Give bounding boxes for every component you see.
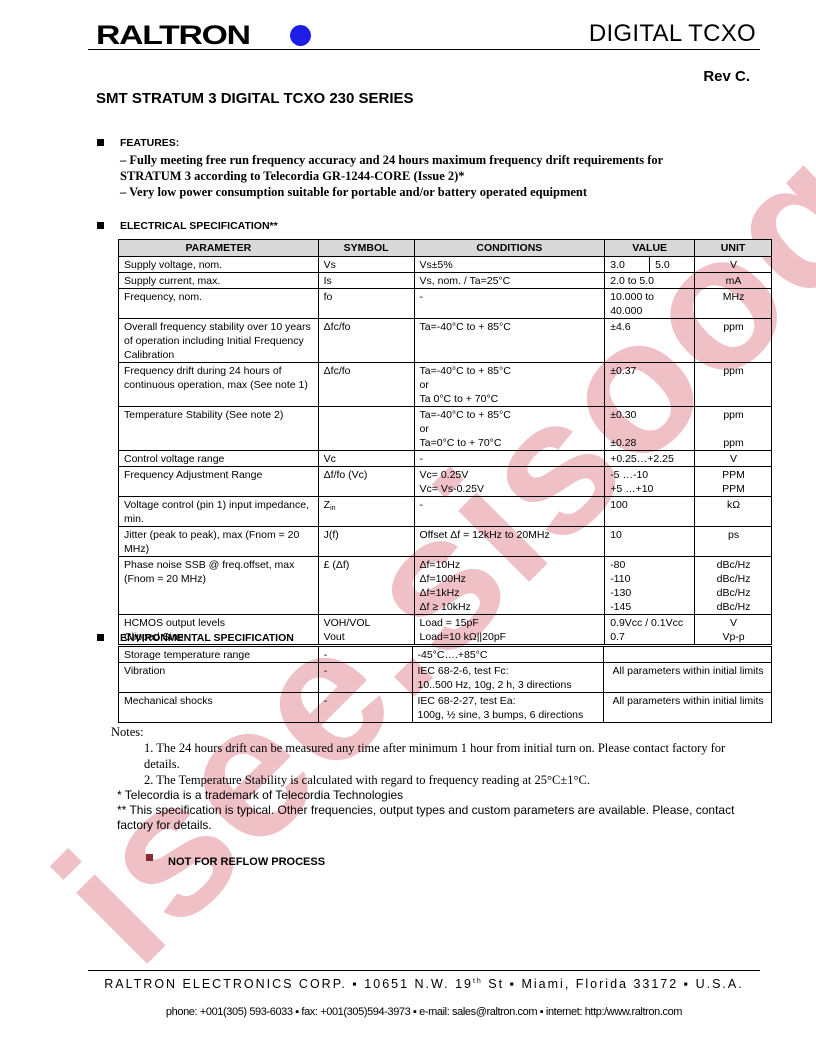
cell-parameter: Supply voltage, nom. (119, 257, 319, 273)
address-text: RALTRON ELECTRONICS CORP. ▪ 10651 N.W. 1… (104, 977, 473, 991)
footer-divider (88, 970, 760, 971)
cell-conditions: Ta=-40°C to + 85°CorTa=0°C to + 70°C (414, 407, 605, 451)
cell-symbol: - (318, 693, 412, 723)
cell-value: -80-110-130-145 (605, 557, 695, 615)
cell-value: 0.9Vcc / 0.1Vcc0.7 (605, 615, 695, 645)
table-row: Supply current, max.IsVs, nom. / Ta=25°C… (119, 273, 772, 289)
cell-value: -5 …-10+5 …+10 (605, 467, 695, 497)
environmental-heading: ENVIRONMENTAL SPECIFICATION (120, 632, 294, 644)
header-divider (88, 49, 760, 50)
cell-value: ±0.37 (605, 363, 695, 407)
environmental-spec-table: Storage temperature range--45°C….+85°CVi… (118, 646, 772, 723)
cell-symbol: VOH/VOLVout (318, 615, 414, 645)
cell-conditions: Offset Δf = 12kHz to 20MHz (414, 527, 605, 557)
table-row: Temperature Stability (See note 2)Ta=-40… (119, 407, 772, 451)
company-address: RALTRON ELECTRONICS CORP. ▪ 10651 N.W. 1… (88, 974, 760, 992)
cell-unit: mA (695, 273, 772, 289)
cell-unit: ppm ppm (695, 407, 772, 451)
cell-symbol: J(f) (318, 527, 414, 557)
table-header-row: PARAMETER SYMBOL CONDITIONS VALUE UNIT (119, 240, 772, 257)
cell-parameter: Frequency drift during 24 hours of conti… (119, 363, 319, 407)
cell-symbol: - (318, 647, 412, 663)
table-row: Control voltage rangeVc-+0.25…+2.25V (119, 451, 772, 467)
cell-symbol: Vc (318, 451, 414, 467)
cell-symbol: Δf/fo (Vc) (318, 467, 414, 497)
cell-parameter: Phase noise SSB @ freq.offset, max (Fnom… (119, 557, 319, 615)
bullet-icon (97, 139, 104, 146)
table-row: Supply voltage, nom.VsVs±5%3.05.0V (119, 257, 772, 273)
cell-conditions: - (414, 451, 605, 467)
cell-value: 10 (605, 527, 695, 557)
table-row: Phase noise SSB @ freq.offset, max (Fnom… (119, 557, 772, 615)
cell-conditions: - (414, 497, 605, 527)
cell-value: 100 (605, 497, 695, 527)
cell-unit: kΩ (695, 497, 772, 527)
cell-parameter: Voltage control (pin 1) input impedance,… (119, 497, 319, 527)
cell-value: 3.05.0 (605, 257, 695, 273)
table-row: Frequency drift during 24 hours of conti… (119, 363, 772, 407)
document-title: DIGITAL TCXO (589, 20, 756, 48)
cell-conditions: Ta=-40°C to + 85°C (414, 319, 605, 363)
bullet-icon (97, 222, 104, 229)
cell-result: All parameters within initial limits (604, 693, 772, 723)
cell-symbol (318, 407, 414, 451)
reflow-warning: NOT FOR REFLOW PROCESS (168, 856, 325, 868)
cell-conditions: Vs, nom. / Ta=25°C (414, 273, 605, 289)
feature-item: – Very low power consumption suitable fo… (120, 184, 710, 200)
cell-value: 2.0 to 5.0 (605, 273, 695, 289)
cell-unit: dBc/HzdBc/HzdBc/HzdBc/Hz (695, 557, 772, 615)
note-item: 1. The 24 hours drift can be measured an… (111, 740, 761, 772)
revision-label: Rev C. (703, 68, 750, 85)
contact-info: phone: +001(305) 593-6033 ▪ fax: +001(30… (88, 1006, 760, 1018)
company-logo: RALTRON (96, 22, 219, 48)
cell-parameter: Supply current, max. (119, 273, 319, 289)
cell-conditions: IEC 68-2-27, test Ea:100g, ½ sine, 3 bum… (412, 693, 604, 723)
cell-unit: ppm (695, 319, 772, 363)
table-row: Frequency, nom.fo-10.000 to40.000MHz (119, 289, 772, 319)
note-item: 2. The Temperature Stability is calculat… (111, 772, 761, 788)
notes-heading: Notes: (111, 724, 761, 740)
cell-symbol: fo (318, 289, 414, 319)
column-header: UNIT (695, 240, 772, 257)
features-heading: FEATURES: (120, 137, 179, 149)
logo-dot-icon (290, 25, 311, 46)
cell-symbol: Δfc/fo (318, 363, 414, 407)
cell-conditions: Vc= 0.25VVc= Vs-0.25V (414, 467, 605, 497)
cell-value: ±0.30 ±0.28 (605, 407, 695, 451)
cell-symbol: Vs (318, 257, 414, 273)
cell-unit: V (695, 257, 772, 273)
feature-item: – Fully meeting free run frequency accur… (120, 152, 710, 184)
table-row: Frequency Adjustment RangeΔf/fo (Vc)Vc= … (119, 467, 772, 497)
cell-result: All parameters within initial limits (604, 663, 772, 693)
column-header: VALUE (605, 240, 695, 257)
cell-parameter: Control voltage range (119, 451, 319, 467)
cell-unit: V (695, 451, 772, 467)
table-row: Storage temperature range--45°C….+85°C (119, 647, 772, 663)
cell-parameter: Frequency Adjustment Range (119, 467, 319, 497)
cell-symbol: Zin (318, 497, 414, 527)
cell-conditions: Vs±5% (414, 257, 605, 273)
cell-symbol: Δfc/fo (318, 319, 414, 363)
cell-unit: VVp-p (695, 615, 772, 645)
notes-section: Notes: 1. The 24 hours drift can be meas… (111, 724, 761, 833)
cell-conditions: Δf=10HzΔf=100HzΔf=1kHzΔf ≥ 10kHz (414, 557, 605, 615)
address-text: St ▪ Miami, Florida 33172 ▪ U.S.A. (483, 977, 744, 991)
cell-parameter: Jitter (peak to peak), max (Fnom = 20 MH… (119, 527, 319, 557)
electrical-heading: ELECTRICAL SPECIFICATION** (120, 220, 278, 232)
cell-unit: PPMPPM (695, 467, 772, 497)
cell-parameter: Vibration (119, 663, 319, 693)
cell-conditions: Load = 15pFLoad=10 kΩ||20pF (414, 615, 605, 645)
cell-value: 10.000 to40.000 (605, 289, 695, 319)
bullet-icon (97, 634, 104, 641)
cell-symbol: Is (318, 273, 414, 289)
logo-text: RALTRON (96, 22, 250, 48)
cell-conditions: -45°C….+85°C (412, 647, 604, 663)
cell-parameter: Overall frequency stability over 10 year… (119, 319, 319, 363)
address-superscript: th (473, 978, 483, 985)
column-header: PARAMETER (119, 240, 319, 257)
cell-parameter: Mechanical shocks (119, 693, 319, 723)
cell-unit: MHz (695, 289, 772, 319)
cell-parameter: Frequency, nom. (119, 289, 319, 319)
cell-unit: ps (695, 527, 772, 557)
table-row: Jitter (peak to peak), max (Fnom = 20 MH… (119, 527, 772, 557)
cell-conditions: IEC 68-2-6, test Fc:10..500 Hz, 10g, 2 h… (412, 663, 604, 693)
cell-parameter: Temperature Stability (See note 2) (119, 407, 319, 451)
cell-conditions: Ta=-40°C to + 85°CorTa 0°C to + 70°C (414, 363, 605, 407)
cell-symbol: - (318, 663, 412, 693)
cell-parameter: Storage temperature range (119, 647, 319, 663)
table-row: Vibration-IEC 68-2-6, test Fc:10..500 Hz… (119, 663, 772, 693)
cell-result (604, 647, 772, 663)
electrical-spec-table: PARAMETER SYMBOL CONDITIONS VALUE UNIT S… (118, 239, 772, 645)
table-row: Mechanical shocks-IEC 68-2-27, test Ea:1… (119, 693, 772, 723)
typical-note: ** This specification is typical. Other … (111, 803, 761, 833)
cell-symbol: £ (Δf) (318, 557, 414, 615)
column-header: CONDITIONS (414, 240, 605, 257)
series-title: SMT STRATUM 3 DIGITAL TCXO 230 SERIES (96, 90, 414, 107)
table-row: Overall frequency stability over 10 year… (119, 319, 772, 363)
column-header: SYMBOL (318, 240, 414, 257)
cell-value: +0.25…+2.25 (605, 451, 695, 467)
bullet-icon (146, 854, 153, 861)
cell-conditions: - (414, 289, 605, 319)
cell-unit: ppm (695, 363, 772, 407)
cell-value: ±4.6 (605, 319, 695, 363)
table-row: Voltage control (pin 1) input impedance,… (119, 497, 772, 527)
trademark-note: * Telecordia is a trademark of Telecordi… (111, 788, 761, 803)
